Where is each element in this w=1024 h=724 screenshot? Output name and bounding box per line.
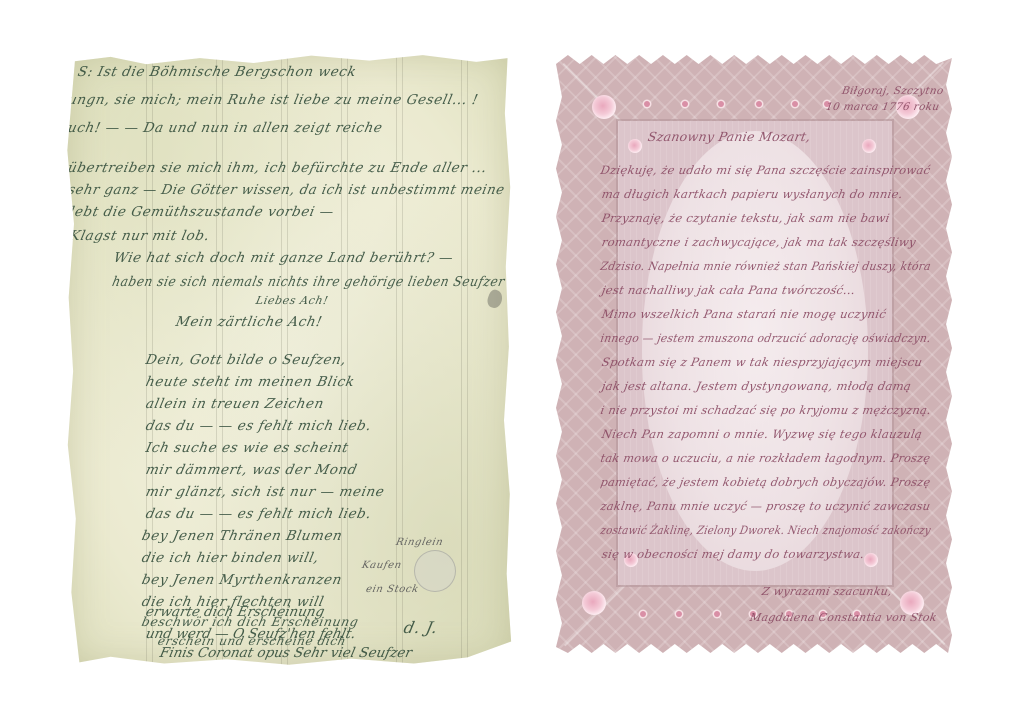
letter-line: ma długich kartkach papieru wysłanych do… (601, 187, 904, 201)
manuscript-line: Klagst nur mit lob. (68, 228, 211, 244)
letter-line: zaklnę, Panu mnie uczyć — proszę to uczy… (600, 499, 932, 513)
margin-note: Kaufen (361, 560, 403, 571)
staff-rule (402, 52, 403, 666)
manuscript-line: allein in treuen Zeichen (144, 396, 325, 412)
manuscript-line: sehr ganz — Die Götter wissen, da ich is… (67, 182, 507, 198)
ink-smudge (485, 288, 504, 310)
letter-line: jest nachalliwy jak cała Pana twórczość.… (601, 283, 857, 297)
rosebud-icon (792, 101, 798, 107)
manuscript-line: übertreiben sie mich ihm, ich befürchte … (66, 160, 488, 176)
manuscript-line: ungn, sie mich; mein Ruhe ist liebe zu m… (66, 92, 480, 108)
staff-rule (347, 52, 348, 666)
manuscript-line: das du — — es fehlt mich lieb. (144, 418, 373, 434)
manuscript-line: bey Jenen Myrthenkranzen (140, 572, 343, 588)
letter-line: tak mowa o uczuciu, a nie rozkładem łago… (600, 451, 932, 465)
rosebud-icon (676, 611, 682, 617)
manuscript-line: mir glänzt, sich ist nur — meine (144, 484, 386, 500)
letter-line: Przyznaję, że czytanie tekstu, jak sam n… (601, 211, 891, 225)
letter-date: 10 marca 1776 roku (825, 101, 940, 113)
letter-line: Zdzisio. Napełnia mnie również stan Pańs… (600, 259, 933, 273)
margin-note: d. J. (402, 618, 440, 637)
rose-icon (592, 95, 616, 119)
manuscript-line: Dein, Gott bilde o Seufzen, (144, 352, 348, 368)
manuscript-line: uch! — — Da und nun in allen zeigt reich… (66, 120, 384, 136)
letter-line: romantyczne i zachwycające, jak ma tak s… (601, 235, 917, 249)
rosebud-icon (756, 101, 762, 107)
rose-icon (628, 139, 642, 153)
manuscript-line: die ich hier binden will, (140, 550, 320, 566)
staff-rule (467, 52, 468, 666)
aged-manuscript-page: S: Ist die Böhmische Bergschon weck ungn… (66, 52, 512, 666)
letter-line: zostawić Żaklinę, Zielony Dworek. Niech … (600, 523, 933, 537)
letter-line: Mimo wszelkich Pana starań nie mogę uczy… (601, 307, 888, 321)
rose-icon (864, 553, 878, 567)
manuscript-line: bey Jenen Thränen Blumen (140, 528, 344, 544)
letter-line: Niech Pan zapomni o mnie. Wyzwę się tego… (601, 427, 924, 441)
rosebud-icon (714, 611, 720, 617)
letter-line: się w obecności mej damy do towarzystwa. (601, 547, 866, 561)
rosebud-icon (718, 101, 724, 107)
letter-signature: Magdalena Constantia von Stok (749, 611, 938, 624)
library-stamp (414, 550, 456, 592)
manuscript-line: das du — — es fehlt mich lieb. (144, 506, 373, 522)
letter-line: pamiętać, że jestem kobietą dobrych obyc… (600, 475, 932, 489)
letter-line: jak jest altana. Jestem dystyngowaną, mł… (601, 379, 913, 393)
manuscript-line: lebt die Gemüthszustande vorbei — (68, 204, 335, 220)
lace-letter-card: Biłgoraj, Szczytno 10 marca 1776 roku Sz… (556, 55, 952, 653)
rosebud-icon (644, 101, 650, 107)
manuscript-closing-line: Finis Coronat opus Sehr viel Seufzer (158, 645, 413, 661)
letter-salutation: Szanowny Panie Mozart, (647, 129, 812, 144)
manuscript-heading: Mein zärtliche Ach! (174, 314, 324, 330)
letter-line: Spotkam się z Panem w tak niesprzyjający… (601, 355, 924, 369)
manuscript-line: heute steht im meinen Blick (144, 374, 356, 390)
manuscript-line: erwarte dich Erscheinung (144, 604, 326, 620)
letter-closing: Z wyrazami szacunku, (761, 585, 893, 598)
staff-rule (461, 52, 462, 666)
lace-seam (563, 63, 628, 128)
manuscript-line: S: Ist die Böhmische Bergschon weck (76, 64, 358, 80)
letter-place: Biłgoraj, Szczytno (841, 85, 945, 97)
manuscript-line: Wie hat sich doch mit ganze Land berührt… (112, 250, 455, 266)
margin-note: Ringlein (395, 537, 444, 548)
manuscript-line: Ich suche es wie es scheint (144, 440, 350, 456)
manuscript-line: mir dämmert, was der Mond (144, 462, 358, 478)
rose-icon (582, 591, 606, 615)
letter-line: i nie przystoi mi schadzać się po kryjom… (600, 403, 933, 417)
manuscript-line: Liebes Ach! (255, 294, 330, 307)
rosebud-icon (640, 611, 646, 617)
letter-line: innego — jestem zmuszona odrzucić adorac… (600, 331, 933, 345)
margin-note: ein Stock (365, 584, 420, 595)
rose-icon (862, 139, 876, 153)
letter-line: Dziękuję, że udało mi się Pana szczęście… (600, 163, 932, 177)
staff-rule (396, 52, 397, 666)
manuscript-line: und werd — O Seufz'hen fehlt. (144, 626, 357, 642)
manuscript-line: haben sie sich niemals nichts ihre gehör… (111, 274, 507, 290)
rosebud-icon (682, 101, 688, 107)
